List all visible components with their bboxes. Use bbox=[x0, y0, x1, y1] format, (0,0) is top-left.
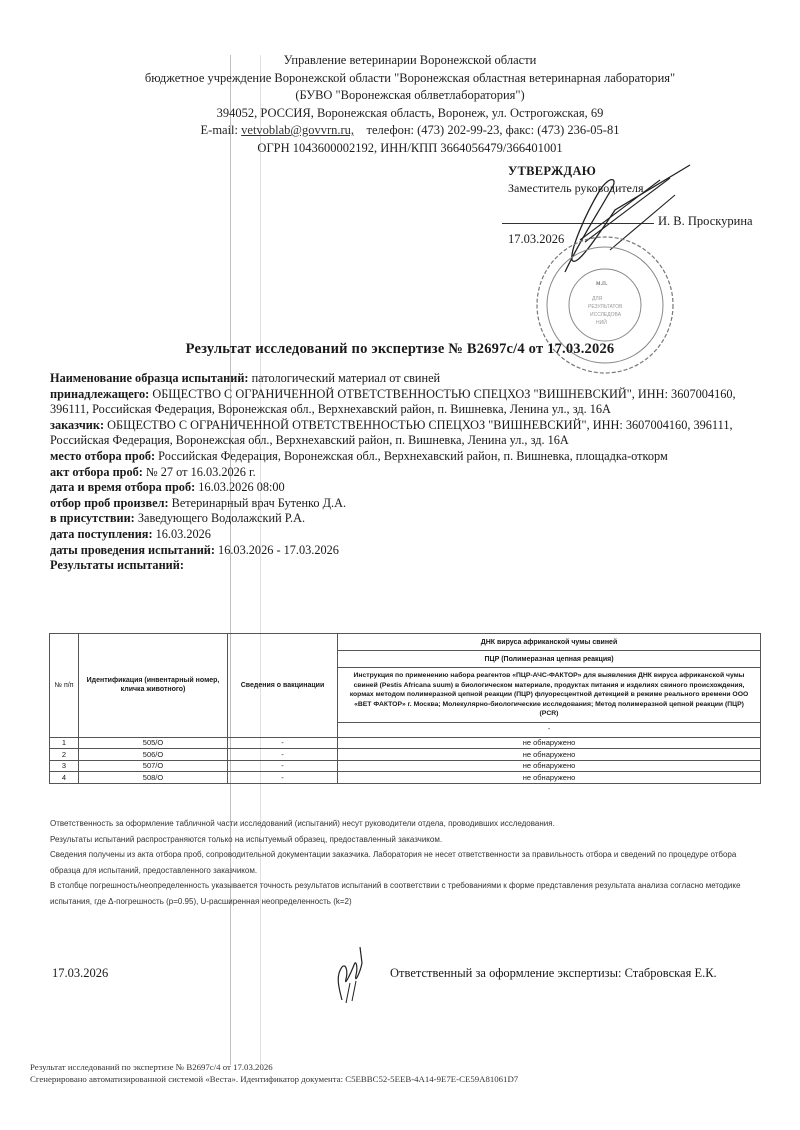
info-value: 16.03.2026 bbox=[153, 527, 211, 541]
svg-text:ИССЛЕДОВА: ИССЛЕДОВА bbox=[590, 312, 622, 318]
results-table: № п/п Идентификация (инвентарный номер, … bbox=[49, 633, 761, 784]
table-row: 1 505/O - не обнаружено bbox=[50, 737, 761, 749]
cell-result: не обнаружено bbox=[338, 737, 761, 749]
info-sampling-place: место отбора проб: Российская Федерация,… bbox=[50, 449, 765, 465]
cell-num: 2 bbox=[50, 749, 79, 761]
info-label: дата поступления: bbox=[50, 527, 153, 541]
cell-num: 4 bbox=[50, 772, 79, 784]
cell-num: 1 bbox=[50, 737, 79, 749]
header-line: (БУВО "Воронежская облветлаборатория") bbox=[40, 87, 780, 105]
col-header-num: № п/п bbox=[50, 634, 79, 738]
header-line: Управление ветеринарии Воронежской облас… bbox=[40, 52, 780, 70]
cell-identification: 506/O bbox=[79, 749, 228, 761]
col-header-indicator: ДНК вируса африканской чумы свиней bbox=[338, 634, 761, 651]
info-value: 16.03.2026 - 17.03.2026 bbox=[215, 543, 339, 557]
info-received-date: дата поступления: 16.03.2026 bbox=[50, 527, 765, 543]
info-label: отбор проб произвел: bbox=[50, 496, 169, 510]
cell-result: не обнаружено bbox=[338, 749, 761, 761]
info-label: принадлежащего: bbox=[50, 387, 149, 401]
info-sampled-by: отбор проб произвел: Ветеринарный врач Б… bbox=[50, 496, 765, 512]
organization-header: Управление ветеринарии Воронежской облас… bbox=[40, 52, 780, 157]
header-registry: ОГРН 1043600002192, ИНН/КПП 3664056479/3… bbox=[40, 140, 780, 158]
info-value: ОБЩЕСТВО С ОГРАНИЧЕННОЙ ОТВЕТСТВЕННОСТЬЮ… bbox=[50, 387, 736, 417]
document-title: Результат исследований по экспертизе № В… bbox=[40, 341, 760, 358]
info-label: даты проведения испытаний: bbox=[50, 543, 215, 557]
col-header-method-short: ПЦР (Полимеразная цепная реакция) bbox=[338, 651, 761, 668]
cell-vaccination: - bbox=[228, 737, 338, 749]
info-label: Результаты испытаний: bbox=[50, 558, 184, 572]
note-scope: Результаты испытаний распространяются то… bbox=[50, 832, 765, 848]
table-row: 3 507/O - не обнаружено bbox=[50, 760, 761, 772]
info-value: Ветеринарный врач Бутенко Д.А. bbox=[169, 496, 346, 510]
email-label: E-mail: bbox=[201, 123, 239, 137]
cell-result: не обнаружено bbox=[338, 772, 761, 784]
cell-vaccination: - bbox=[228, 772, 338, 784]
info-value: ОБЩЕСТВО С ОГРАНИЧЕННОЙ ОТВЕТСТВЕННОСТЬЮ… bbox=[50, 418, 733, 448]
signature-icon bbox=[330, 945, 370, 1005]
info-label: дата и время отбора проб: bbox=[50, 480, 195, 494]
cell-identification: 505/O bbox=[79, 737, 228, 749]
note-uncertainty: В столбце погрешность/неопределенность у… bbox=[50, 878, 765, 909]
document-page: Управление ветеринарии Воронежской облас… bbox=[0, 0, 800, 1130]
phone-fax: телефон: (473) 202-99-23, факс: (473) 23… bbox=[367, 123, 620, 137]
stamp-label: м.п. bbox=[596, 279, 608, 287]
info-value: патологический материал от свиней bbox=[249, 371, 441, 385]
footnotes: Ответственность за оформление табличной … bbox=[50, 816, 765, 909]
cell-result: не обнаружено bbox=[338, 760, 761, 772]
table-row: 4 508/O - не обнаружено bbox=[50, 772, 761, 784]
info-label: Наименование образца испытаний: bbox=[50, 371, 249, 385]
info-value: Российская Федерация, Воронежская обл., … bbox=[155, 449, 668, 463]
footer-generated: Сгенерировано автоматизированной системо… bbox=[30, 1073, 750, 1085]
col-header-vaccination: Сведения о вакцинации bbox=[228, 634, 338, 738]
document-footer: Результат исследований по экспертизе № В… bbox=[30, 1061, 750, 1085]
col-header-identification: Идентификация (инвентарный номер, кличка… bbox=[79, 634, 228, 738]
cell-vaccination: - bbox=[228, 760, 338, 772]
info-value: 16.03.2026 08:00 bbox=[195, 480, 285, 494]
note-source: Сведения получены из акта отбора проб, с… bbox=[50, 847, 765, 878]
note-responsibility: Ответственность за оформление табличной … bbox=[50, 816, 765, 832]
header-contacts: E-mail: vetvoblab@govvrn.ru, телефон: (4… bbox=[40, 122, 780, 140]
info-customer: заказчик: ОБЩЕСТВО С ОГРАНИЧЕННОЙ ОТВЕТС… bbox=[50, 418, 765, 449]
info-sampling-datetime: дата и время отбора проб: 16.03.2026 08:… bbox=[50, 480, 765, 496]
info-label: место отбора проб: bbox=[50, 449, 155, 463]
info-value: Заведующего Водолажский Р.А. bbox=[135, 511, 305, 525]
cell-vaccination: - bbox=[228, 749, 338, 761]
email-link[interactable]: vetvoblab@govvrn.ru, bbox=[241, 123, 354, 137]
cell-num: 3 bbox=[50, 760, 79, 772]
header-line: бюджетное учреждение Воронежской области… bbox=[40, 70, 780, 88]
svg-text:РЕЗУЛЬТАТОВ: РЕЗУЛЬТАТОВ bbox=[588, 304, 623, 310]
responsible-person: Ответственный за оформление экспертизы: … bbox=[390, 966, 717, 981]
signoff-date: 17.03.2026 bbox=[52, 966, 108, 981]
cell-identification: 507/O bbox=[79, 760, 228, 772]
info-label: в присутствии: bbox=[50, 511, 135, 525]
info-owner: принадлежащего: ОБЩЕСТВО С ОГРАНИЧЕННОЙ … bbox=[50, 387, 765, 418]
svg-text:ДЛЯ: ДЛЯ bbox=[592, 296, 603, 302]
info-presence: в присутствии: Заведующего Водолажский Р… bbox=[50, 511, 765, 527]
info-label: акт отбора проб: bbox=[50, 465, 143, 479]
info-results-heading: Результаты испытаний: bbox=[50, 558, 765, 574]
info-sample-name: Наименование образца испытаний: патологи… bbox=[50, 371, 765, 387]
header-address: 394052, РОССИЯ, Воронежская область, Вор… bbox=[40, 105, 780, 123]
cell-identification: 508/O bbox=[79, 772, 228, 784]
table-row: 2 506/O - не обнаружено bbox=[50, 749, 761, 761]
info-test-dates: даты проведения испытаний: 16.03.2026 - … bbox=[50, 543, 765, 559]
info-sampling-act: акт отбора проб: № 27 от 16.03.2026 г. bbox=[50, 465, 765, 481]
col-header-method-full: Инструкция по применению набора реагенто… bbox=[338, 668, 761, 723]
info-label: заказчик: bbox=[50, 418, 104, 432]
col-header-norm: - bbox=[338, 722, 761, 737]
sample-info: Наименование образца испытаний: патологи… bbox=[50, 371, 765, 574]
footer-reference: Результат исследований по экспертизе № В… bbox=[30, 1061, 750, 1073]
svg-text:НИЙ: НИЙ bbox=[596, 318, 607, 326]
info-value: № 27 от 16.03.2026 г. bbox=[143, 465, 256, 479]
